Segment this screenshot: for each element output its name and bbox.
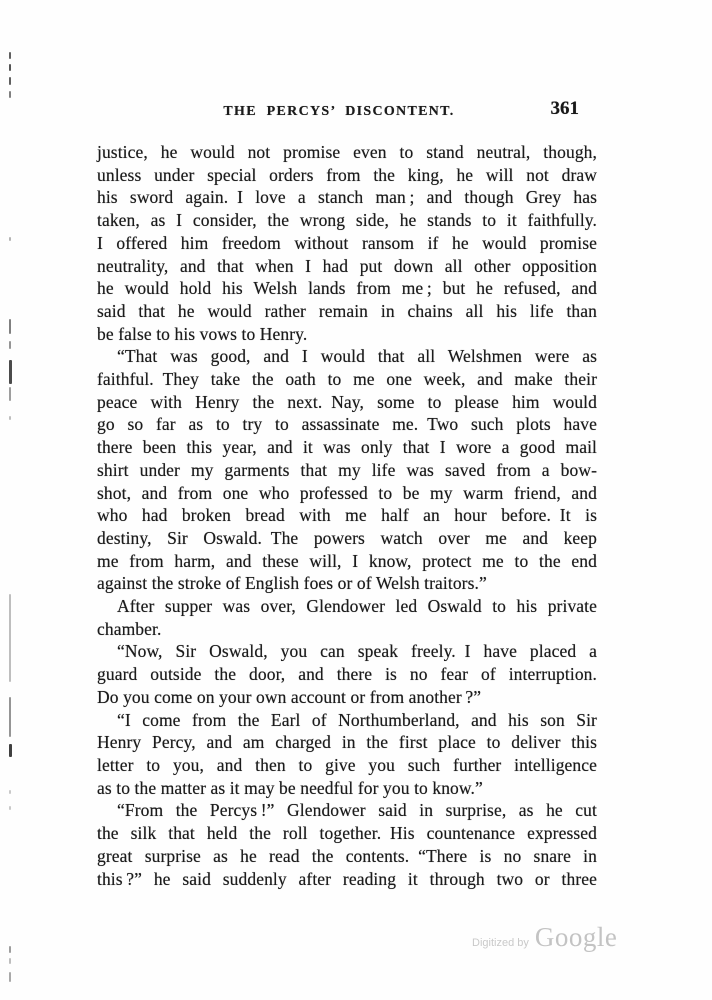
text-line: “I come from the Earl of Northumberland,… <box>97 709 597 732</box>
watermark: Digitized by Google <box>472 922 617 953</box>
text-line: his sword again. I love a stanch man ; a… <box>97 186 597 209</box>
book-page: THE PERCYS’ DISCONTENT. 361 justice, he … <box>0 0 712 1000</box>
scan-artifact <box>9 946 11 953</box>
text-line: “Now, Sir Oswald, you can speak freely. … <box>97 640 597 663</box>
scan-artifact <box>9 64 11 71</box>
text-line: peace with Henry the next. Nay, some to … <box>97 391 597 414</box>
text-line: I offered him freedom without ransom if … <box>97 232 597 255</box>
text-line: against the stroke of English foes or of… <box>97 572 597 595</box>
text-line: “That was good, and I would that all Wel… <box>97 345 597 368</box>
scan-artifact <box>9 744 12 757</box>
text-line: “From the Percys !” Glendower said in su… <box>97 799 597 822</box>
scan-artifact <box>9 958 11 964</box>
scan-artifact <box>9 416 11 420</box>
scan-artifact <box>9 790 11 794</box>
text-line: shirt under my garments that my life was… <box>97 459 597 482</box>
scan-artifact <box>9 91 11 98</box>
text-line: shot, and from one who professed to be m… <box>97 482 597 505</box>
page-title: THE PERCYS’ DISCONTENT. <box>223 104 454 120</box>
text-line: chamber. <box>97 618 597 641</box>
running-header: THE PERCYS’ DISCONTENT. 361 <box>97 102 597 124</box>
text-line: After supper was over, Glendower led Osw… <box>97 595 597 618</box>
scan-artifact <box>9 806 11 810</box>
text-line: the silk that held the roll together. Hi… <box>97 822 597 845</box>
body-text: justice, he would not promise even to st… <box>97 141 597 890</box>
text-line: taken, as I consider, the wrong side, he… <box>97 209 597 232</box>
scan-artifact <box>9 594 11 682</box>
text-line: Do you come on your own account or from … <box>97 686 597 709</box>
text-line: who had broken bread with me half an hou… <box>97 504 597 527</box>
page-number: 361 <box>551 98 580 120</box>
text-line: as to the matter as it may be needful fo… <box>97 777 597 800</box>
scan-artifact <box>9 341 11 349</box>
text-line: neutrality, and that when I had put down… <box>97 255 597 278</box>
text-line: Henry Percy, and am charged in the first… <box>97 731 597 754</box>
text-line: be false to his vows to Henry. <box>97 323 597 346</box>
text-line: destiny, Sir Oswald. The powers watch ov… <box>97 527 597 550</box>
text-line: there been this year, and it was only th… <box>97 436 597 459</box>
scan-artifact <box>9 697 11 737</box>
google-logo: Google <box>535 922 617 953</box>
text-line: me from harm, and these will, I know, pr… <box>97 550 597 573</box>
scan-artifact <box>9 387 11 401</box>
text-line: guard outside the door, and there is no … <box>97 663 597 686</box>
text-line: said that he would rather remain in chai… <box>97 300 597 323</box>
text-line: faithful. They take the oath to me one w… <box>97 368 597 391</box>
scan-artifact <box>9 52 11 59</box>
text-line: unless under special orders from the kin… <box>97 164 597 187</box>
watermark-prefix: Digitized by <box>472 937 529 949</box>
text-line: he would hold his Welsh lands from me ; … <box>97 277 597 300</box>
text-line: justice, he would not promise even to st… <box>97 141 597 164</box>
scan-artifact <box>9 237 11 241</box>
scan-artifact <box>9 319 11 334</box>
scan-artifact <box>9 972 11 982</box>
text-line: great surprise as he read the contents. … <box>97 845 597 868</box>
scan-artifact <box>9 360 12 384</box>
text-line: letter to you, and then to give you such… <box>97 754 597 777</box>
scan-artifact <box>9 77 11 85</box>
text-line: this ?” he said suddenly after reading i… <box>97 868 597 891</box>
text-line: go so far as to try to assassinate me. T… <box>97 413 597 436</box>
